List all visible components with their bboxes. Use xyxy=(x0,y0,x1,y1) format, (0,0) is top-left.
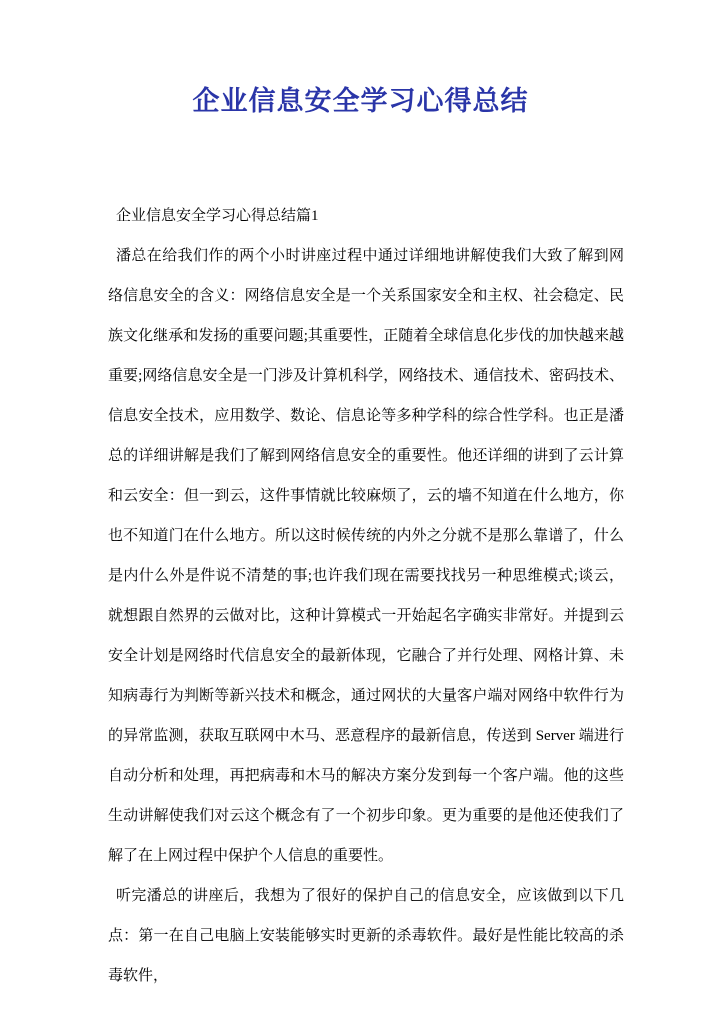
paragraph: 潘总在给我们作的两个小时讲座过程中通过详细地讲解使我们大致了解到网络信息安全的含… xyxy=(108,236,624,876)
paragraph: 听完潘总的讲座后，我想为了很好的保护自己的信息安全，应该做到以下几点：第一在自己… xyxy=(108,876,624,996)
section-heading: 企业信息安全学习心得总结篇1 xyxy=(108,196,624,236)
document-title: 企业信息安全学习心得总结 xyxy=(0,84,721,118)
document-page: 企业信息安全学习心得总结 企业信息安全学习心得总结篇1 潘总在给我们作的两个小时… xyxy=(0,0,721,1020)
document-body: 企业信息安全学习心得总结篇1 潘总在给我们作的两个小时讲座过程中通过详细地讲解使… xyxy=(108,196,624,996)
